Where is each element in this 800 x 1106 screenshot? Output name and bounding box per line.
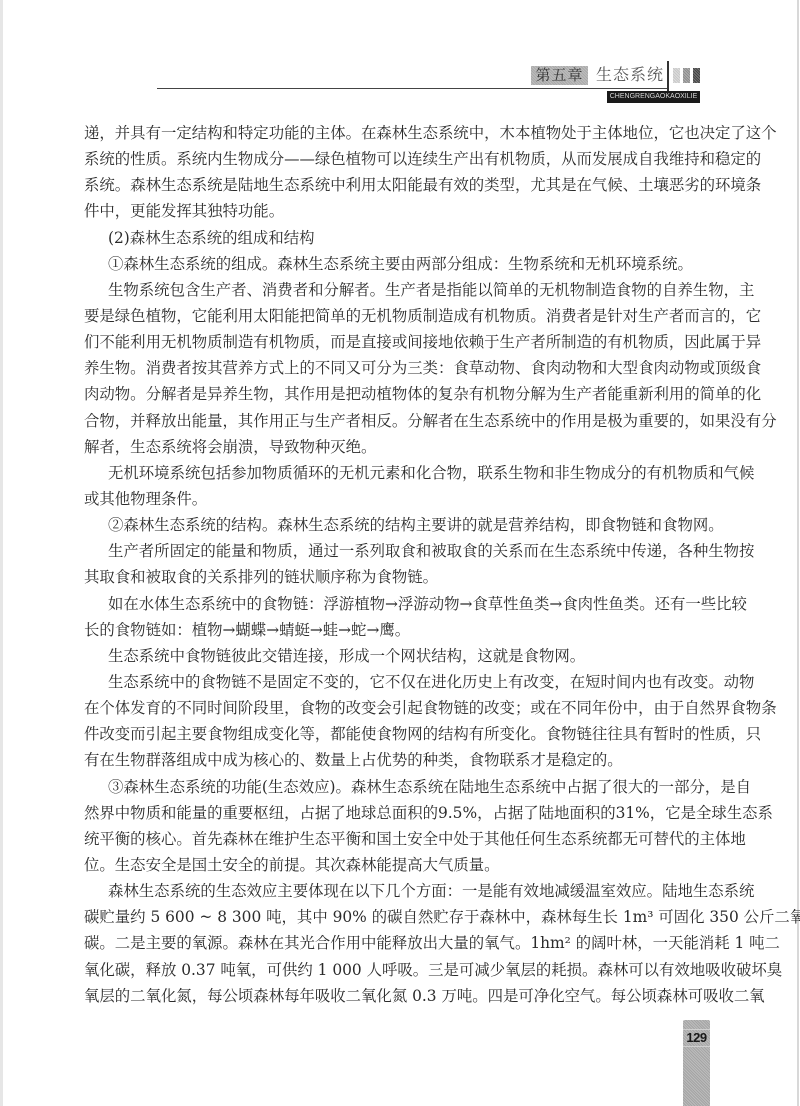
deco-block-medium [683, 68, 690, 83]
chapter-title: 生态系统 [596, 64, 664, 86]
text-line: 生物系统包含生产者、消费者和分解者。生产者是指能以简单的无机物制造食物的自养生物… [84, 277, 715, 303]
text-line: 氧化碳，释放 0.37 吨氧，可供约 1 000 人呼吸。三是可减少氧层的耗损。… [84, 957, 715, 983]
text-line: (2)森林生态系统的组成和结构 [84, 225, 715, 251]
text-line: 件改变而引起主要食物组成变化等，都能使食物网的结构有所变化。食物链往往具有暂时的… [84, 721, 715, 747]
series-label: CHENGRENGAOKAOXILIE [607, 91, 700, 103]
text-line: 们不能利用无机物质制造有机物质，而是直接或间接地依赖于生产者所制造的有机物质，因… [84, 329, 715, 355]
text-line: 碳。二是主要的氧源。森林在其光合作用中能释放出大量的氧气。1hm² 的阔叶林，一… [84, 930, 715, 956]
text-line: 其取食和被取食的关系排列的链状顺序称为食物链。 [84, 564, 715, 590]
text-line: 长的食物链如：植物→蝴蝶→蜻蜓→蛙→蛇→鹰。 [84, 617, 715, 643]
text-line: 无机环境系统包括参加物质循环的无机元素和化合物，联系生物和非生物成分的有机物质和… [84, 460, 715, 486]
chapter-badge: 第五章 [531, 66, 588, 85]
deco-block-light [673, 68, 680, 83]
text-line: 生产者所固定的能量和物质，通过一系列取食和被取食的关系而在生态系统中传递，各种生… [84, 538, 715, 564]
deco-block-dark [693, 68, 700, 83]
page-number: 129 [683, 1029, 710, 1047]
text-line: 肉动物。分解者是异养生物，其作用是把动植物体的复杂有机物分解为生产者能重新利用的… [84, 381, 715, 407]
text-line: 或其他物理条件。 [84, 486, 715, 512]
text-line: 如在水体生态系统中的食物链：浮游植物→浮游动物→食草性鱼类→食肉性鱼类。还有一些… [84, 591, 715, 617]
header-rule [157, 88, 668, 89]
text-line: 解者，生态系统将会崩溃，导致物种灭绝。 [84, 434, 715, 460]
text-line: 养生物。消费者按其营养方式上的不同又可分为三类：食草动物、食肉动物和大型食肉动物… [84, 355, 715, 381]
page-edge-right [797, 0, 799, 1106]
text-line: ①森林生态系统的组成。森林生态系统主要由两部分组成：生物系统和无机环境系统。 [84, 251, 715, 277]
text-line: 统平衡的核心。首先森林在维护生态平衡和国土安全中处于其他任何生态系统都无可替代的… [84, 826, 715, 852]
text-line: 碳贮量约 5 600 ~ 8 300 吨，其中 90% 的碳自然贮存于森林中，森… [84, 904, 715, 930]
decorative-blocks-icon [673, 68, 700, 83]
text-line: 在个体发育的不同时间阶段里，食物的改变会引起食物链的改变；或在不同年份中，由于自… [84, 695, 715, 721]
text-line: 然界中物质和能量的重要枢纽，占据了地球总面积的9.5%，占据了陆地面积的31%，… [84, 800, 715, 826]
page-edge-left [0, 0, 3, 1106]
body-text: 递，并具有一定结构和特定功能的主体。在森林生态系统中，木本植物处于主体地位，它也… [84, 120, 715, 1009]
text-line: 系统。森林生态系统是陆地生态系统中利用太阳能最有效的类型，尤其是在气候、土壤恶劣… [84, 172, 715, 198]
text-line: 位。生态安全是国土安全的前提。其次森林能提高大气质量。 [84, 852, 715, 878]
text-line: 森林生态系统的生态效应主要体现在以下几个方面：一是能有效地减缓温室效应。陆地生态… [84, 878, 715, 904]
text-line: ③森林生态系统的功能(生态效应)。森林生态系统在陆地生态系统中占据了很大的一部分… [84, 774, 715, 800]
text-line: 系统的性质。系统内生物成分——绿色植物可以连续生产出有机物质，从而发展成自我维持… [84, 146, 715, 172]
text-line: 件中，更能发挥其独特功能。 [84, 198, 715, 224]
text-line: 要是绿色植物，它能利用太阳能把简单的无机物质制造成有机物质。消费者是针对生产者而… [84, 303, 715, 329]
text-line: 生态系统中的食物链不是固定不变的，它不仅在进化历史上有改变，在短时间内也有改变。… [84, 669, 715, 695]
text-line: 氧层的二氧化氮，每公顷森林每年吸收二氧化氮 0.3 万吨。四是可净化空气。每公顷… [84, 983, 715, 1009]
text-line: 生态系统中食物链彼此交错连接，形成一个网状结构，这就是食物网。 [84, 643, 715, 669]
text-line: ②森林生态系统的结构。森林生态系统的结构主要讲的就是营养结构，即食物链和食物网。 [84, 512, 715, 538]
text-line: 有在生物群落组成中成为核心的、数量上占优势的种类，食物联系才是稳定的。 [84, 747, 715, 773]
page-number-tab: 129 [683, 1020, 710, 1106]
text-line: 合物，并释放出能量，其作用正与生产者相反。分解者在生态系统中的作用是极为重要的，… [84, 408, 715, 434]
text-line: 递，并具有一定结构和特定功能的主体。在森林生态系统中，木本植物处于主体地位，它也… [84, 120, 715, 146]
